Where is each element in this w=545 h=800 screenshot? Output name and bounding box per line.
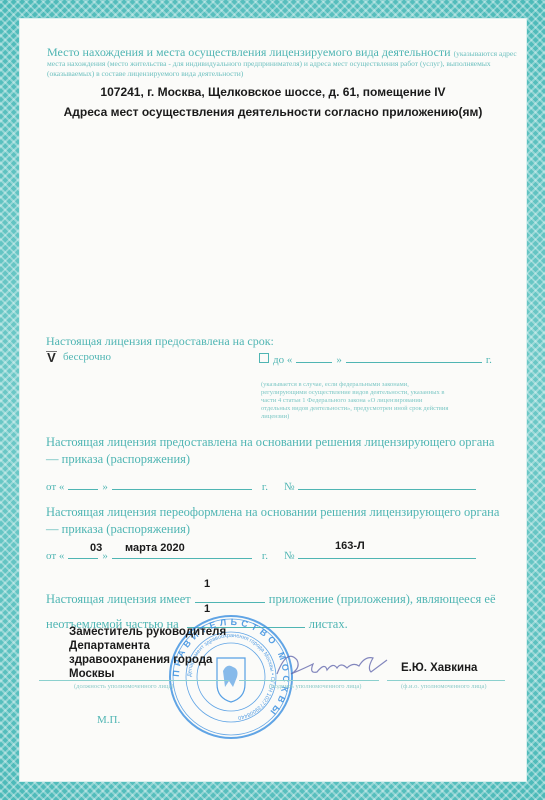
year-label: г.: [262, 550, 268, 562]
reissued-month-year-value: марта 2020: [125, 542, 185, 554]
from-label: от «: [46, 550, 64, 562]
term-label: Настоящая лицензия предоставлена на срок…: [46, 334, 274, 349]
number-label: №: [284, 481, 295, 493]
caption-signature: (подпись уполномоченного лица): [269, 683, 361, 690]
caption-name: (ф.и.о. уполномоченного лица): [401, 683, 487, 690]
appendix-count-field[interactable]: [195, 591, 265, 603]
appendix-line-1: Настоящая лицензия имеет приложение (при…: [46, 591, 496, 607]
position-line: Департамента: [69, 639, 226, 653]
signatory-position: Заместитель руководителя Департамента зд…: [69, 625, 226, 681]
until-day-field[interactable]: [296, 351, 332, 363]
appendix-suffix: приложение (приложения), являющееся её: [269, 592, 496, 607]
appendix-count-value: 1: [204, 578, 210, 590]
quote-close: »: [102, 481, 108, 493]
signature-line-rule: [239, 680, 379, 681]
term-unlimited-label: бессрочно: [63, 351, 111, 363]
until-prefix: до «: [273, 354, 292, 366]
quote-close: »: [102, 550, 108, 562]
number-label: №: [284, 550, 295, 562]
location-heading-text: Место нахождения и места осуществления л…: [47, 45, 451, 59]
signatory-name: Е.Ю. Хавкина: [401, 662, 477, 674]
name-line-rule: [387, 680, 505, 681]
sheets-suffix: листах.: [309, 617, 348, 632]
checkmark-icon: V: [46, 351, 57, 363]
appendix-prefix: Настоящая лицензия имеет: [46, 592, 191, 607]
location-heading-note-inline: (указываются адрес: [454, 49, 517, 58]
until-quote-close: »: [336, 354, 342, 366]
from-label: от «: [46, 481, 64, 493]
location-heading-note: места нахождения (место жительства - для…: [47, 59, 517, 79]
granted-month-year-field[interactable]: [112, 478, 252, 490]
granted-number-field[interactable]: [298, 478, 476, 490]
seal-place-label: М.П.: [97, 714, 120, 726]
until-month-year-field[interactable]: [346, 351, 482, 363]
term-unlimited-option[interactable]: V бессрочно: [46, 351, 111, 363]
year-label: г.: [262, 481, 268, 493]
position-line-rule: [39, 680, 229, 681]
activity-places-note: Адреса мест осуществления деятельности с…: [19, 105, 527, 119]
reissued-number-value: 163-Л: [335, 540, 365, 552]
checkbox-icon[interactable]: [259, 353, 269, 363]
license-page: Место нахождения и места осуществления л…: [19, 18, 527, 782]
term-until-option[interactable]: до « » г.: [259, 351, 492, 366]
position-line: здравоохранения города: [69, 653, 226, 667]
basis-reissued-text: Настоящая лицензия переоформлена на осно…: [46, 504, 506, 538]
caption-position: (должность уполномоченного лица): [74, 683, 174, 690]
granted-day-field[interactable]: [68, 478, 98, 490]
basis-granted-text: Настоящая лицензия предоставлена на осно…: [46, 434, 506, 468]
reissued-number-field[interactable]: [298, 547, 476, 559]
term-fine-print: (указывается в случае, если федеральными…: [261, 381, 451, 421]
basis-granted-row: от « » г. №: [46, 478, 476, 493]
reissued-day-value: 03: [90, 542, 102, 554]
until-year-suffix: г.: [486, 354, 492, 366]
basis-reissued-row: от « » г. №: [46, 547, 476, 562]
license-address: 107241, г. Москва, Щелковское шоссе, д. …: [19, 85, 527, 99]
position-line: Заместитель руководителя: [69, 625, 226, 639]
position-line: Москвы: [69, 667, 226, 681]
